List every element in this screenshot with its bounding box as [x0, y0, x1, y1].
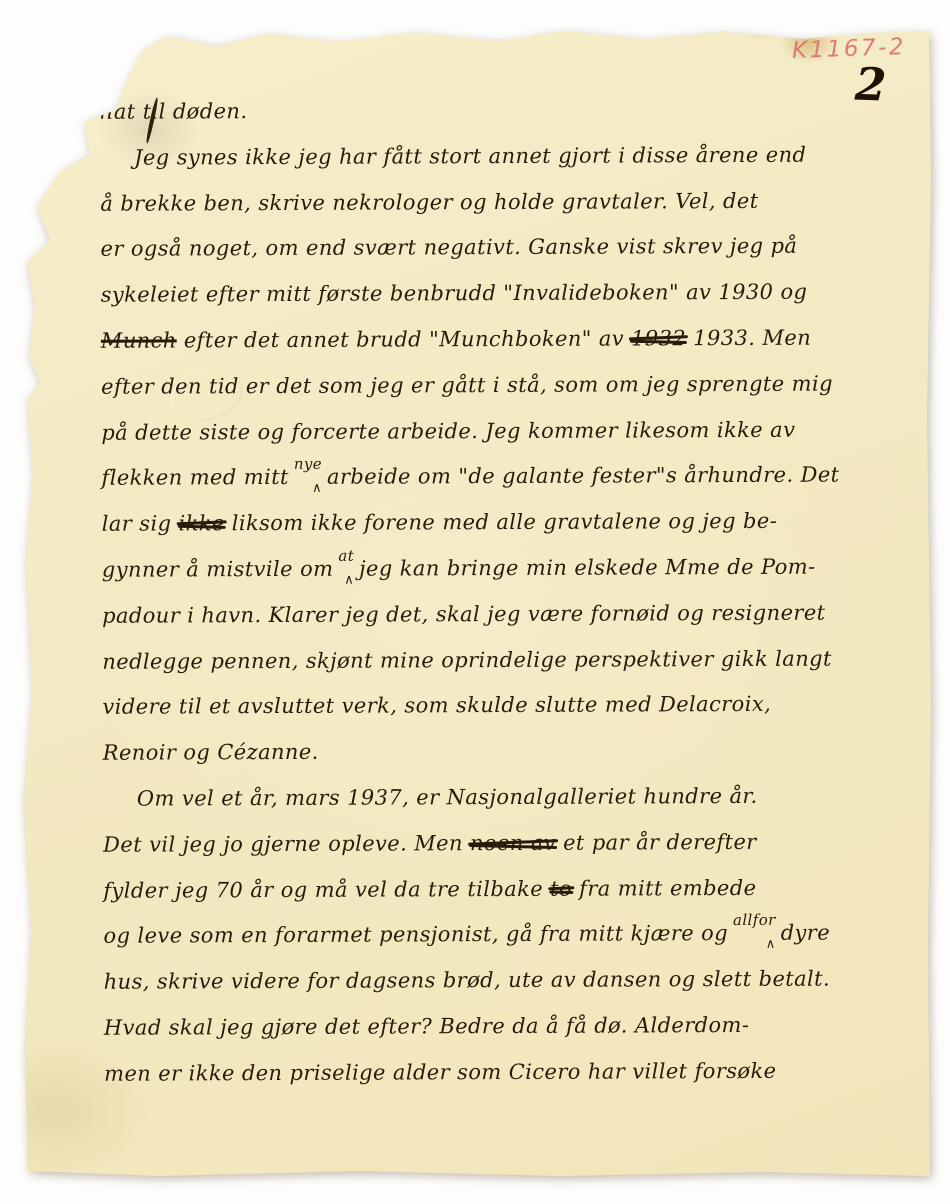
letter-scan: K1167-2 2 hat til døden.Jeg synes ikke j… — [0, 0, 950, 1204]
letter-text: jeg kan bringe min elskede Mme de Pom- — [359, 555, 816, 581]
paper: K1167-2 2 hat til døden.Jeg synes ikke j… — [0, 0, 950, 1204]
letter-line: sykeleiet efter mitt første benbrudd "In… — [101, 269, 909, 318]
letter-line: men er ikke den priselige alder som Cice… — [104, 1048, 912, 1097]
letter-text: arbeide om "de galante fester"s århundre… — [327, 463, 840, 489]
struck-text: Munch — [101, 328, 177, 352]
letter-text: å brekke ben, skrive nekrologer og holde… — [100, 188, 758, 215]
letter-line: Hvad skal jeg gjøre det efter? Bedre da … — [104, 1002, 912, 1051]
letter-line: videre til et avsluttet verk, som skulde… — [102, 682, 910, 731]
inserted-text: at — [338, 549, 354, 564]
struck-text: to — [550, 878, 572, 899]
letter-text: fra mitt embede — [572, 875, 756, 900]
struck-text: ikke — [178, 513, 224, 534]
letter-line: Renoir og Cézanne. — [103, 727, 911, 776]
letter-text: liksom ikke forene med alle gravtalene o… — [225, 509, 778, 535]
letter-line: padour i havn. Klarer jeg det, skal jeg … — [102, 590, 910, 639]
paper-shadow: K1167-2 2 hat til døden.Jeg synes ikke j… — [0, 0, 950, 1204]
letter-line: å brekke ben, skrive nekrologer og holde… — [100, 178, 908, 227]
letter-text: efter det annet brudd "Munchboken" av — [177, 326, 631, 352]
letter-text: videre til et avsluttet verk, som skulde… — [102, 692, 771, 719]
letter-text: på dette siste og forcerte arbeide. Jeg … — [101, 417, 795, 444]
letter-text: Renoir og Cézanne. — [103, 740, 319, 765]
letter-text: padour i havn. Klarer jeg det, skal jeg … — [102, 600, 825, 627]
letter-line: Om vel et år, mars 1937, er Nasjonalgall… — [103, 773, 911, 822]
letter-line: fylder jeg 70 år og må vel da tre tilbak… — [103, 865, 911, 914]
letter-line: hus, skrive videre for dagsens brød, ute… — [104, 956, 912, 1005]
struck-text: noen av — [470, 833, 556, 854]
letter-line: lar sig ikke liksom ikke forene med alle… — [102, 498, 910, 547]
inserted-text: nye — [294, 457, 322, 472]
caret-mark: ∧ — [344, 574, 354, 587]
letter-text: lar sig — [102, 512, 179, 536]
letter-text: Det vil jeg jo gjerne opleve. Men — [103, 831, 470, 857]
letter-text: flekken med mitt — [101, 465, 288, 490]
letter-line: på dette siste og forcerte arbeide. Jeg … — [101, 407, 909, 456]
caret-mark: ∧ — [766, 938, 776, 951]
letter-line: Det vil jeg jo gjerne opleve. Men noen a… — [103, 819, 911, 868]
inserted-text: allfor — [733, 913, 776, 928]
letter-text: men er ikke den priselige alder som Cice… — [104, 1059, 776, 1086]
letter-text: Om vel et år, mars 1937, er Nasjonalgall… — [137, 784, 758, 811]
letter-text: Jeg synes ikke jeg har fått stort annet … — [134, 142, 806, 169]
letter-line: efter den tid er det som jeg er gått i s… — [101, 361, 909, 410]
struck-text: 1932 — [631, 328, 686, 349]
letter-text: er også noget, om end svært negativt. Ga… — [100, 234, 797, 261]
letter-line: Munch efter det annet brudd "Munchboken"… — [101, 315, 909, 364]
letter-text: efter den tid er det som jeg er gått i s… — [101, 371, 833, 398]
letter-text: og leve som en forarmet pensjonist, gå f… — [103, 921, 728, 948]
letter-text: dyre — [781, 921, 830, 945]
letter-text: Hvad skal jeg gjøre det efter? Bedre da … — [104, 1013, 750, 1040]
letter-line: er også noget, om end svært negativt. Ga… — [100, 224, 908, 273]
letter-lines: hat til døden.Jeg synes ikke jeg har fåt… — [100, 86, 912, 1097]
caret-mark: ∧ — [312, 482, 322, 495]
letter-text: sykeleiet efter mitt første benbrudd "In… — [101, 280, 808, 307]
letter-line: gynner å mistvile omat∧jeg kan bringe mi… — [102, 544, 910, 593]
letter-line: hat til døden. — [100, 86, 908, 135]
letter-text: hat til døden. — [100, 99, 248, 124]
letter-line: flekken med mittnye∧arbeide om "de galan… — [101, 453, 909, 502]
archival-mark: K1167-2 — [792, 34, 907, 64]
letter-text: et par år derefter — [556, 830, 757, 855]
letter-text: gynner å mistvile om — [102, 557, 334, 582]
letter-line: nedlegge pennen, skjønt mine oprindelige… — [102, 636, 910, 685]
letter-line: Jeg synes ikke jeg har fått stort annet … — [100, 132, 908, 181]
letter-text: nedlegge pennen, skjønt mine oprindelige… — [102, 646, 832, 673]
letter-text: hus, skrive videre for dagsens brød, ute… — [104, 967, 830, 994]
letter-text: fylder jeg 70 år og må vel da tre tilbak… — [103, 876, 550, 902]
letter-text: 1933. Men — [686, 326, 811, 351]
letter-line: og leve som en forarmet pensjonist, gå f… — [103, 911, 911, 960]
